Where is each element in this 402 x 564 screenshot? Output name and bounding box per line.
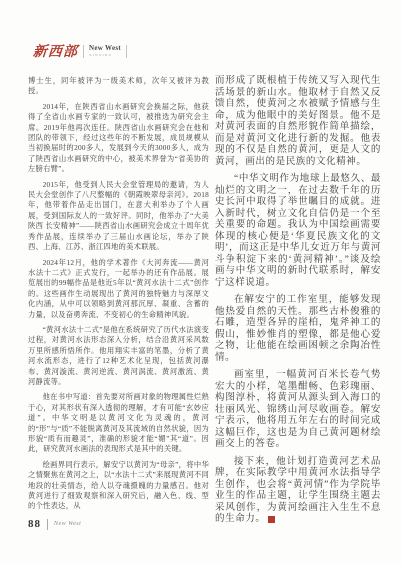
footer-magazine-name: New West (54, 521, 81, 527)
footer-divider (47, 519, 48, 530)
masthead-divider (83, 45, 84, 58)
masthead: 新西部 New West XINXIBU (33, 41, 127, 61)
body-paragraph: 绘画界同行表示，解安宁以黄河为“母亲”，将中华之情聚焦在黄河之上，以“水法十二式… (28, 460, 209, 512)
body-paragraph: “中华文明作为地球上最悠久、最灿烂的文明之一，在过去数千年的历史长河中取得了举世… (215, 174, 381, 289)
body-paragraph: 2024年12月，他的学术著作《大河奔流——黄河水法十二式》正式发行，一起举办的… (28, 258, 209, 320)
body-paragraph: 2014年，在陕西省山水画研究会换届之际，他获得了全省山水画专家的一致认可，被推… (28, 102, 209, 175)
body-paragraph: 画室里，一幅黄河百米长卷气势宏大的小样，笔墨酣畅、色彩瑰丽、构图淳朴，将黄河从源… (215, 370, 381, 451)
body-paragraph: 他在书中写道：首先要对所画对象的物理属性烂熟于心，对其形状有深入透彻的理解，才有… (28, 392, 209, 454)
article-end-icon: 西 (268, 516, 275, 523)
body-paragraph: 接下来，他计划打造黄河艺术品牌，在实际教学中用黄河水法指导学生创作，也会将“黄河… (215, 457, 381, 526)
body-paragraph: 在解安宁的工作室里，能够发现他热爱自然的天性。那些古朴俊雅的石雕，造型各异的崖柏… (215, 295, 381, 364)
magazine-logo-subtext: XINXIBU (89, 54, 121, 58)
magazine-logo-chinese: 新西部 (32, 41, 78, 61)
page-footer: 88 New West (28, 518, 81, 530)
body-paragraph: 而形成了既根植于传统又写入现代生活场景的新山水。他取材于自然又反馈自然，使黄河之… (215, 76, 381, 168)
magazine-logo-english: New West (89, 45, 121, 52)
masthead-divider (126, 45, 127, 58)
body-paragraph-text: 接下来，他计划打造黄河艺术品牌，在实际教学中用黄河水法指导学生创作，也会将“黄河… (215, 457, 381, 525)
article-right-column: 而形成了既根植于传统又写入现代生活场景的新山水。他取材于自然又反馈自然，使黄河之… (215, 76, 381, 532)
body-paragraph: “黄河水法十二式”是他在系统研究了历代水法演变过程，对黄河水法形态深入分析，结合… (28, 325, 209, 387)
body-paragraph: 2015年，他受到人民大会堂管理局的邀请，为人民大会堂创作了八尺整幅的《朝霞映翠… (28, 180, 209, 253)
page-number: 88 (28, 518, 41, 530)
magazine-logo-english-block: New West XINXIBU (89, 45, 121, 57)
body-paragraph: 博士生，同年被评为一级美术师，次年又被评为教授。 (28, 76, 209, 97)
article-left-column: 博士生，同年被评为一级美术师，次年又被评为教授。 2014年，在陕西省山水画研究… (28, 76, 209, 517)
magazine-page: 新西部 New West XINXIBU 博士生，同年被评为一级美术师，次年又被… (0, 0, 402, 564)
